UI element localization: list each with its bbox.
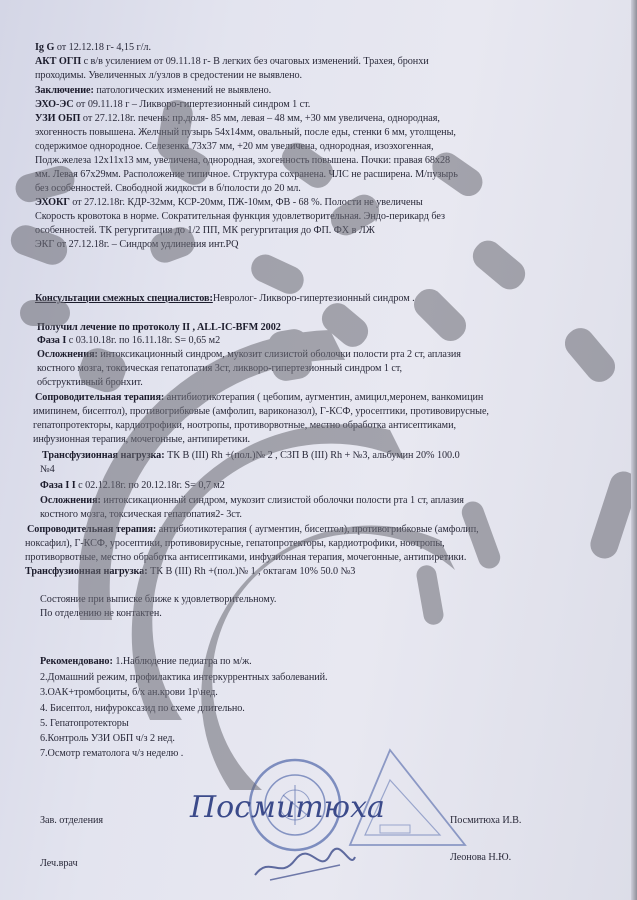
exam-line: ЭХОКГ от 27.12.18г. КДР-32мм, КСР-20мм, … — [35, 197, 423, 209]
contact-status: По отделению не контактен. — [40, 608, 162, 620]
exam-line: Ig G от 12.12.18 г- 4,15 г/л. — [35, 42, 151, 54]
complications-1-line-2: костного мозга, токсическая гепатопатия … — [37, 363, 402, 375]
page-edge — [631, 0, 637, 900]
doctor-signature-scribble — [250, 845, 360, 885]
recommendation-item: 2.Домашний режим, профилактика интеркурр… — [40, 672, 328, 684]
therapy-2-line-1: Сопроводительная терапия: антибиотикотер… — [27, 524, 479, 536]
phase-2: Фаза I I с 02.12.18г. по 20.12.18г. S= 0… — [40, 480, 225, 492]
exam-line: ЭХО-ЭС от 09.11.18 г – Ликворо-гипертези… — [35, 99, 310, 111]
exam-line: мм. Левая 67х29мм. Расположение типичное… — [35, 169, 458, 181]
recommendation-item: Рекомендовано: 1.Наблюдение педиатра по … — [40, 656, 252, 668]
recommendation-item: 6.Контроль УЗИ ОБП ч/з 2 нед. — [40, 733, 175, 745]
attending-doctor-label: Леч.врач — [40, 858, 78, 870]
treatment-protocol: Получил лечение по протоколу II , ALL-IC… — [37, 322, 281, 334]
transfusion-1-line-2: №4 — [40, 464, 55, 476]
therapy-2-line-3: противорвотные, местно обработка антисеп… — [25, 552, 466, 564]
exam-line: Скорость кровотока в норме. Сократительн… — [35, 211, 445, 223]
exam-line: ЭКГ от 27.12.18г. – Синдром удлинения ин… — [35, 239, 238, 251]
transfusion-2: Трансфузионная нагрузка: ТК В (III) Rh +… — [25, 566, 355, 578]
attending-doctor-name: Леонова Н.Ю. — [450, 852, 511, 864]
head-of-department-name: Посмитюха И.В. — [450, 815, 521, 827]
handwritten-signature: Посмитюха — [190, 790, 385, 825]
discharge-state: Состояние при выписке ближе к удовлетвор… — [40, 594, 276, 606]
recommendation-item: 7.Осмотр гематолога ч/з неделю . — [40, 748, 183, 760]
exam-line: Подж.железа 12х11х13 мм, увеличена, одно… — [35, 155, 450, 167]
exam-line: проходимы. Увеличенных л/узлов в средост… — [35, 70, 302, 82]
therapy-2-line-2: ноксафил), Г-КСФ, уросептики, противовир… — [25, 538, 445, 550]
therapy-1-line-1: Сопроводительная терапия: антибиотикотер… — [35, 392, 483, 404]
therapy-1-line-2: имипинем, бисептол), противогрибковые (а… — [33, 406, 489, 418]
transfusion-1: Трансфузионная нагрузка: ТК В (III) Rh +… — [42, 450, 460, 462]
recommendation-item: 4. Бисептол, нифуроксазид по схеме длите… — [40, 703, 245, 715]
consultation-line: Консультации смежных специалистов:Неврол… — [35, 293, 415, 305]
consultation-label: Консультации смежных специалистов: — [35, 293, 213, 304]
exam-line: Заключение: патологических изменений не … — [35, 85, 271, 97]
exam-line: особенностей. ТК регургитация до 1/2 ПП,… — [35, 225, 375, 237]
head-of-department-label: Зав. отделения — [40, 815, 103, 827]
exam-line: содержимое однородное. Селезенка 73х37 м… — [35, 141, 434, 153]
recommendation-item: 3.ОАК+тромбоциты, б/х ан.крови 1р\нед. — [40, 687, 218, 699]
phase-1: Фаза I с 03.10.18г. по 16.11.18г. S= 0,6… — [37, 335, 220, 347]
exam-line: УЗИ ОБП от 27.12.18г. печень: пр.доля- 8… — [35, 113, 440, 125]
exam-line: эхогенность повышена. Желчный пузырь 54х… — [35, 127, 456, 139]
recommendation-item: 5. Гепатопротекторы — [40, 718, 129, 730]
complications-2-line-2: костного мозга, токсическая гепатопатия2… — [40, 509, 242, 521]
exam-line: АКТ ОГП с в/в усилением от 09.11.18 г- В… — [35, 56, 429, 68]
complications-1-line-3: обструктивный бронхит. — [37, 377, 143, 389]
consultation-text: Невролог- Ликворо-гипертезионный синдром… — [213, 293, 415, 304]
discharge-document: Ig G от 12.12.18 г- 4,15 г/л.АКТ ОГП с в… — [0, 0, 637, 900]
therapy-1-line-4: инфузионная терапия, мочегонные, антипир… — [33, 434, 250, 446]
complications-2-line-1: Осложнения: интоксикационный синдром, му… — [40, 495, 464, 507]
therapy-1-line-3: гепатопротекторы, кардиотрофики, ноотроп… — [33, 420, 456, 432]
complications-1-line-1: Осложнения: интоксикационный синдром, му… — [37, 349, 461, 361]
exam-line: без особенностей. Свободной жидкости в б… — [35, 183, 301, 195]
